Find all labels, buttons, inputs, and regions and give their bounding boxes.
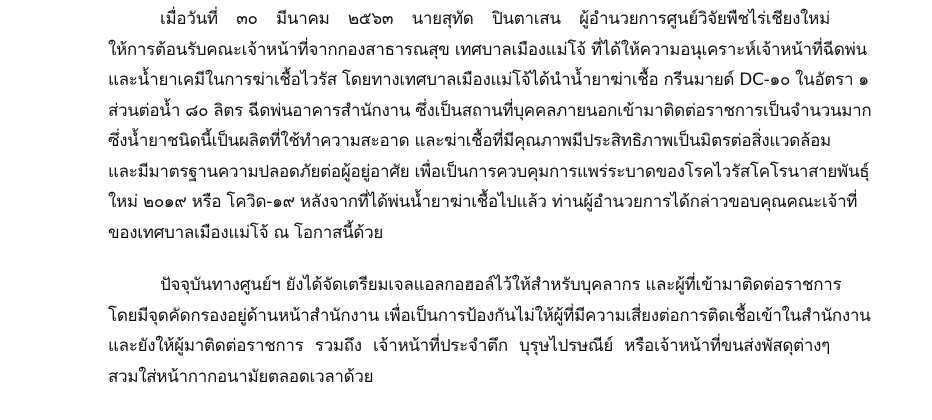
text-line: และมีมาตรฐานความปลอดภัยต่อผู้อยู่อาศัย เ…	[108, 157, 830, 188]
text-line: โดยมีจุดคัดกรองอยู่ด้านหน้าสำนักงาน เพื่…	[108, 301, 830, 332]
text-line: ส่วนต่อน้ำ ๘๐ ลิตร ฉีดพ่นอาคารสำนักงาน ซ…	[108, 96, 830, 127]
text-line: ซึ่งน้ำยาชนิดนี้เป็นผลิตที่ใช้ทำความสะอา…	[108, 126, 830, 157]
paragraph-1: เมื่อวันที่ ๓๐ มีนาคม ๒๕๖๓ นายสุทัด ปินต…	[108, 4, 830, 248]
text-line: สวมใส่หน้ากากอนามัยตลอดเวลาด้วย	[108, 362, 830, 393]
text-line: และน้ำยาเคมีในการฆ่าเชื้อไวรัส โดยทางเทศ…	[108, 65, 830, 96]
document-body: เมื่อวันที่ ๓๐ มีนาคม ๒๕๖๓ นายสุทัด ปินต…	[108, 4, 830, 392]
text-line: เมื่อวันที่ ๓๐ มีนาคม ๒๕๖๓ นายสุทัด ปินต…	[108, 4, 830, 35]
text-line: ของเทศบาลเมืองแม่โจ้ ณ โอกาสนี้ด้วย	[108, 218, 830, 249]
text-line: ปัจจุบันทางศูนย์ฯ ยังได้จัดเตรียมเจลแอลก…	[108, 270, 830, 301]
text-line: และยังให้ผู้มาติดต่อราชการ รวมถึง เจ้าหน…	[108, 331, 830, 362]
text-line: ให้การต้อนรับคณะเจ้าหน้าที่จากกองสาธารณส…	[108, 35, 830, 66]
paragraph-2: ปัจจุบันทางศูนย์ฯ ยังได้จัดเตรียมเจลแอลก…	[108, 270, 830, 392]
text-line: ใหม่ ๒๐๑๙ หรือ โควิด-๑๙ หลังจากที่ได้พ่น…	[108, 187, 830, 218]
